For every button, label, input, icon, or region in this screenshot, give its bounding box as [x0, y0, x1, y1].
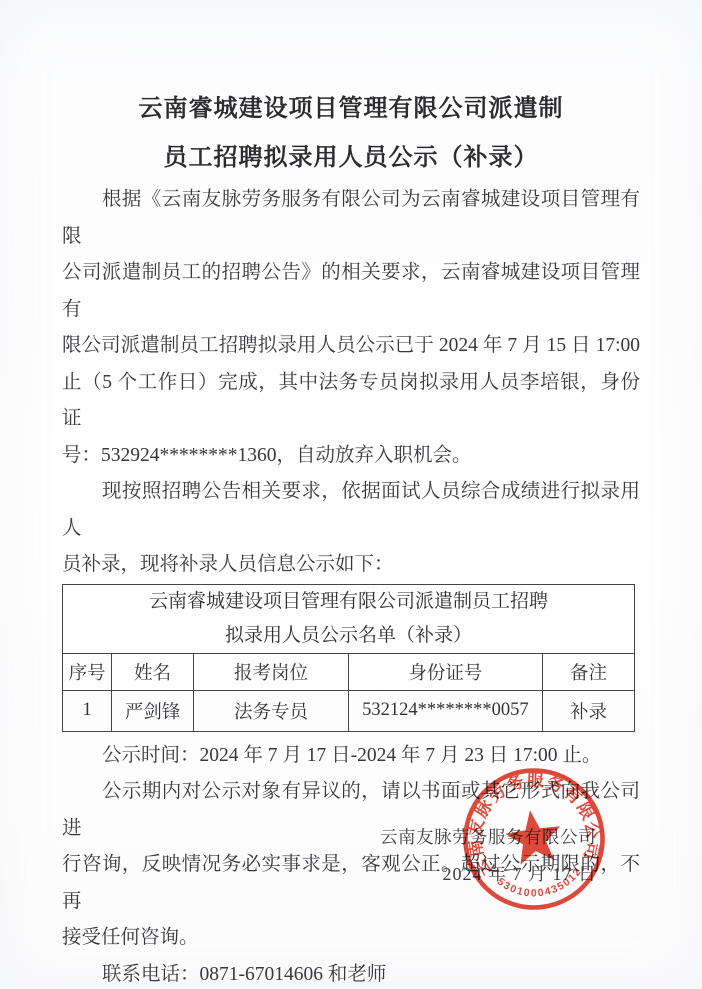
document-title-line-2: 员工招聘拟录用人员公示（补录）: [62, 133, 640, 182]
column-header: 姓名: [112, 653, 194, 690]
body-line: 公司派遣制员工的招聘公告》的相关要求，云南睿城建设项目管理有: [62, 255, 640, 328]
scanned-document-page: 云南睿城建设项目管理有限公司派遣制 员工招聘拟录用人员公示（补录） 根据《云南友…: [0, 0, 702, 989]
body-line: 联系电话：0871-67014606 和老师: [62, 957, 640, 989]
body-line: 号：532924********1360，自动放弃入职机会。: [62, 438, 640, 475]
body-line: 现按照招聘公告相关要求，依据面试人员综合成绩进行拟录用人: [62, 474, 640, 547]
table-cell: 法务专员: [193, 690, 348, 731]
table-cell: 532124********0057: [348, 690, 542, 731]
table-header-row: 序号姓名报考岗位身份证号备注: [63, 653, 635, 690]
table-cell: 补录: [542, 690, 634, 731]
document-title: 云南睿城建设项目管理有限公司派遣制 员工招聘拟录用人员公示（补录）: [62, 84, 640, 182]
table-row: 1严剑锋法务专员532124********0057补录: [63, 690, 635, 731]
document-title-line-1: 云南睿城建设项目管理有限公司派遣制: [62, 84, 640, 133]
body-line: 接受任何咨询。: [62, 920, 640, 957]
document-content: 云南睿城建设项目管理有限公司派遣制 员工招聘拟录用人员公示（补录） 根据《云南友…: [62, 84, 640, 989]
body-line: 公示时间：2024 年 7 月 17 日-2024 年 7 月 23 日 17:…: [62, 738, 640, 775]
table-title-line-1: 云南睿城建设项目管理有限公司派遣制员工招聘: [63, 585, 634, 619]
body-line: 根据《云南友脉劳务服务有限公司为云南睿城建设项目管理有限: [62, 182, 640, 255]
column-header: 报考岗位: [193, 653, 348, 690]
body-line: 员补录，现将补录人员信息公示如下：: [62, 547, 640, 584]
column-header: 身份证号: [348, 653, 542, 690]
column-header: 序号: [63, 653, 112, 690]
column-header: 备注: [542, 653, 634, 690]
table-cell: 1: [63, 690, 112, 731]
table-title-row: 云南睿城建设项目管理有限公司派遣制员工招聘 拟录用人员公示名单（补录）: [63, 584, 635, 653]
table-title-cell: 云南睿城建设项目管理有限公司派遣制员工招聘 拟录用人员公示名单（补录）: [63, 584, 635, 653]
table-cell: 严剑锋: [112, 690, 194, 731]
roster-table: 云南睿城建设项目管理有限公司派遣制员工招聘 拟录用人员公示名单（补录） 序号姓名…: [62, 584, 635, 732]
body-line: 限公司派遣制员工招聘拟录用人员公示已于 2024 年 7 月 15 日 17:0…: [62, 328, 640, 365]
body-paragraphs-before-table: 根据《云南友脉劳务服务有限公司为云南睿城建设项目管理有限公司派遣制员工的招聘公告…: [62, 182, 640, 584]
signature-company-name: 云南友脉劳务服务有限公司: [380, 824, 596, 849]
table-title-line-2: 拟录用人员公示名单（补录）: [63, 619, 634, 653]
body-line: 止（5 个工作日）完成，其中法务专员岗拟录用人员李培银，身份证: [62, 365, 640, 438]
signature-date: 2024 年 7 月 17 日: [443, 860, 598, 886]
